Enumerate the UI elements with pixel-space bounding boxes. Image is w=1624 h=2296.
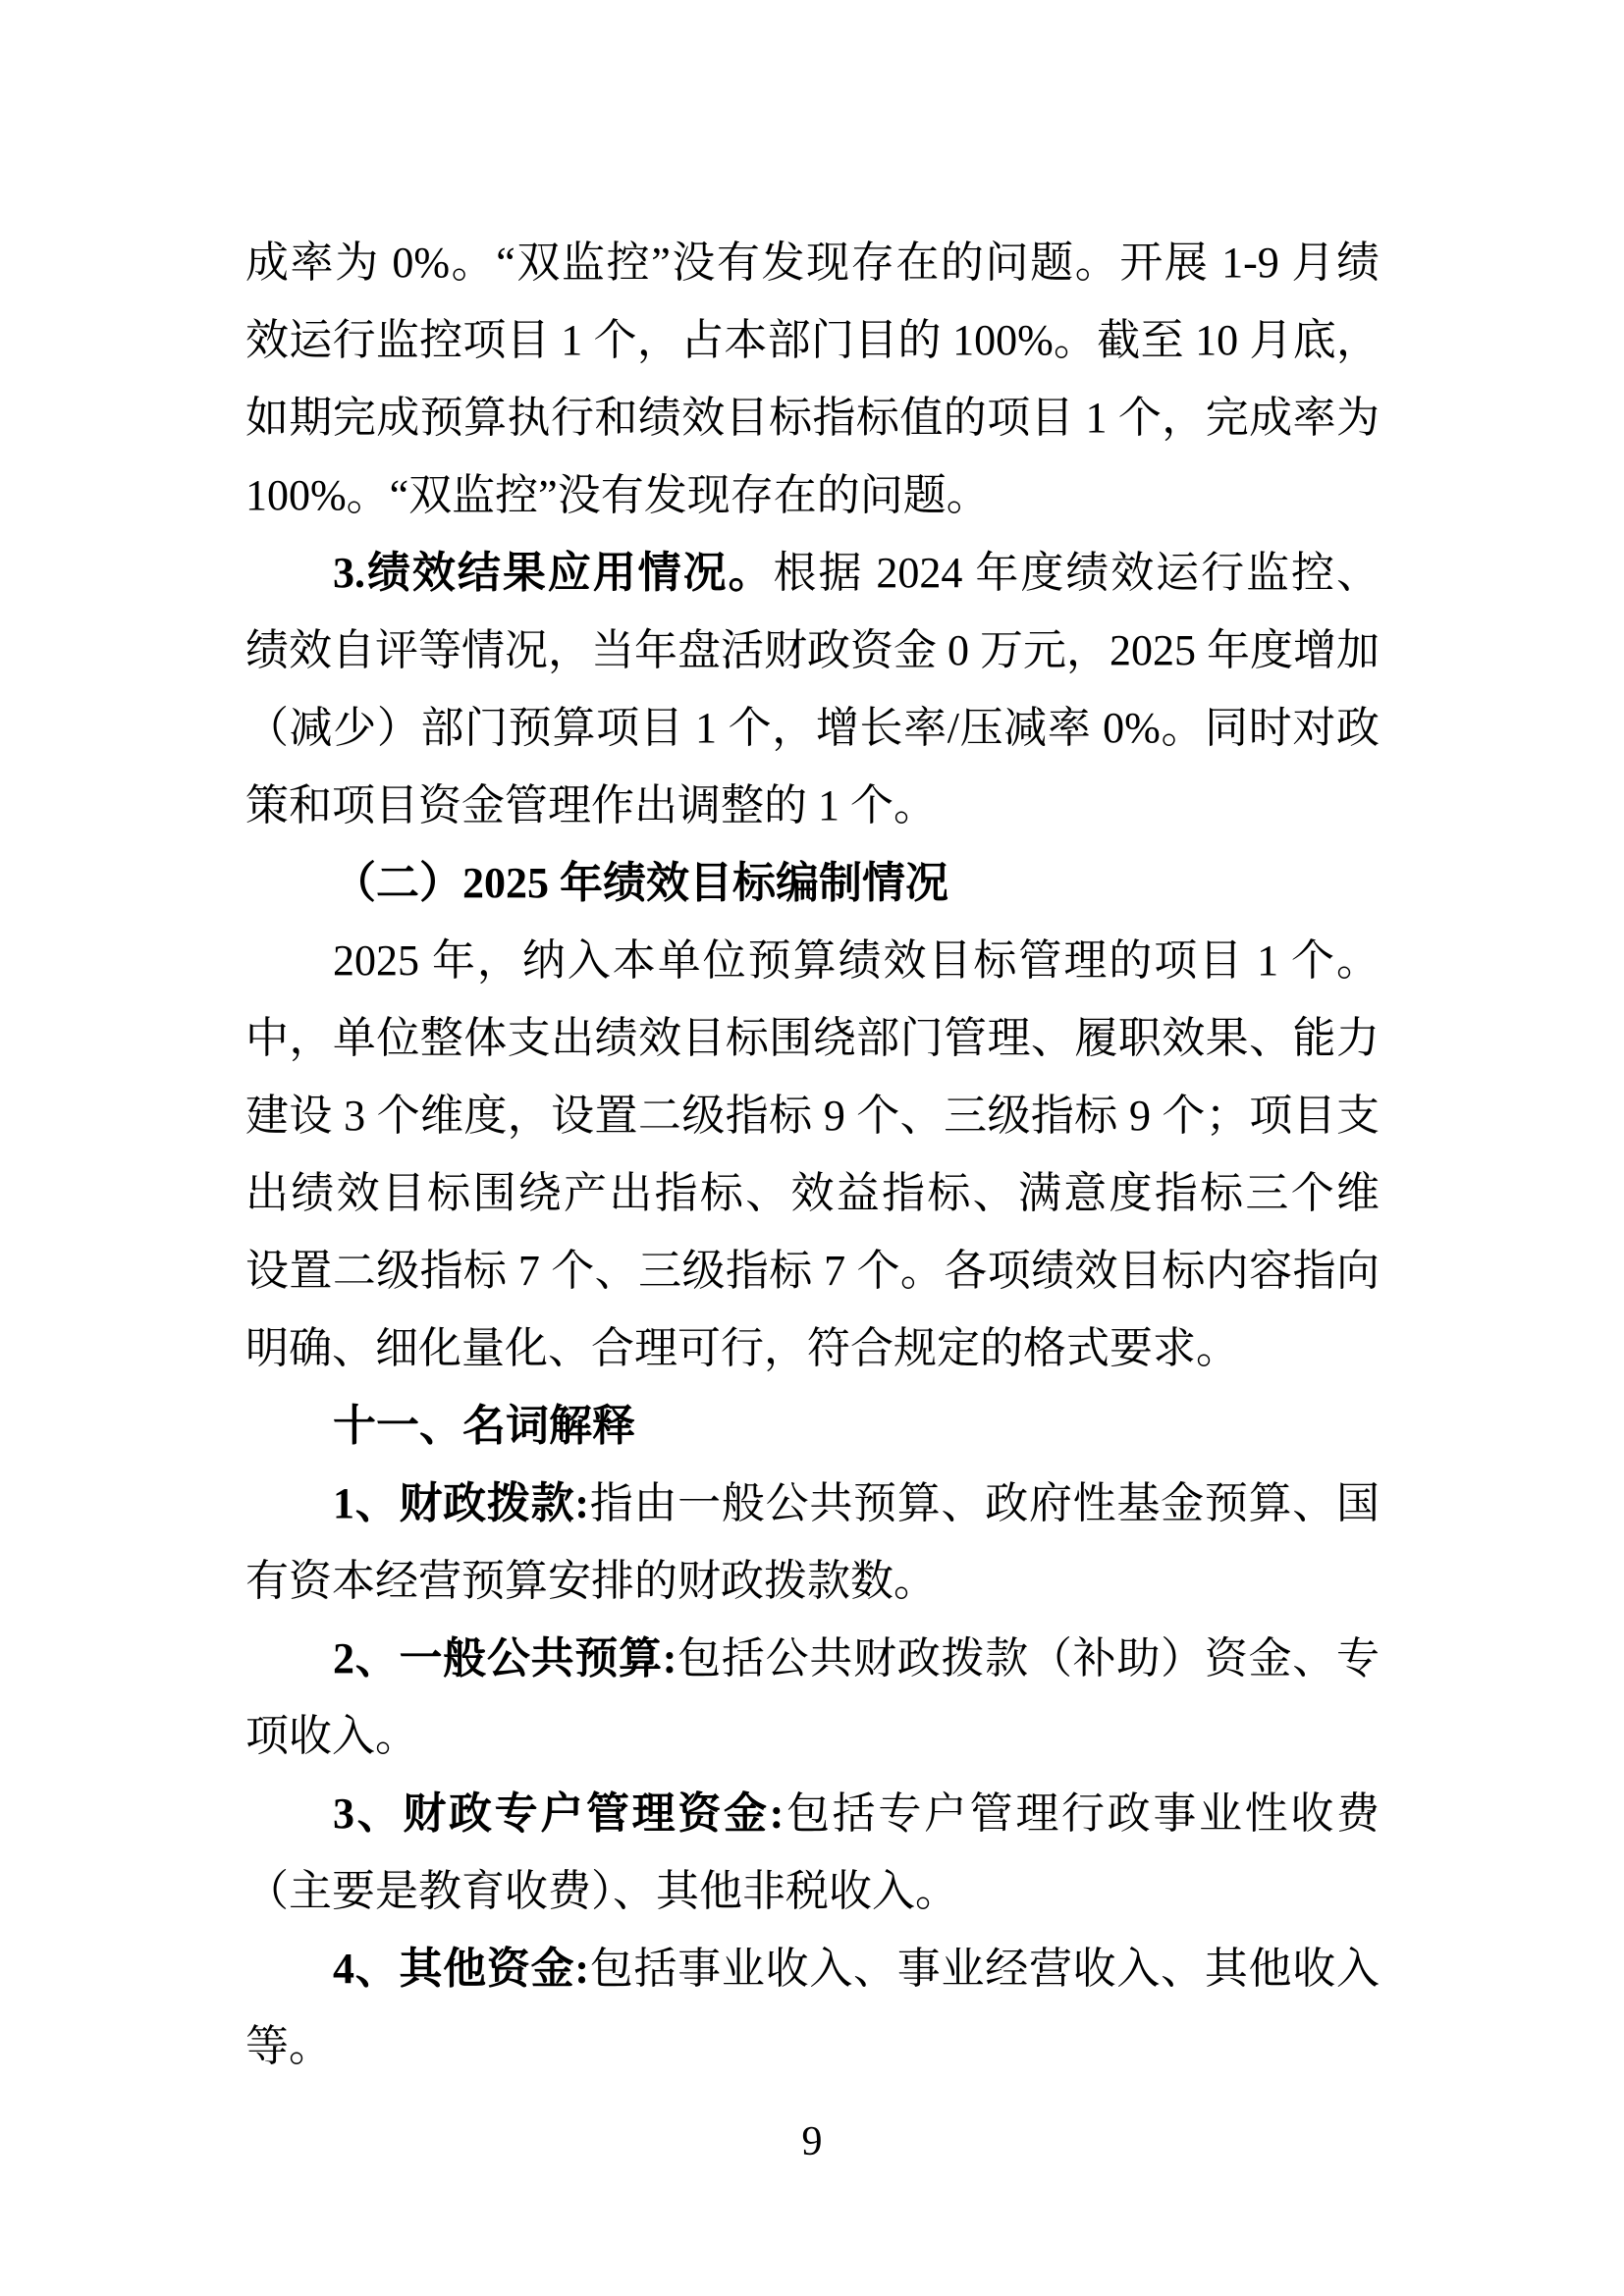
doc-line-03: 如期完成预算执行和绩效目标指标值的项目 1 个，完成率为 xyxy=(245,379,1380,456)
document-page: 成率为 0%。“双监控”没有发现存在的问题。开展 1-9 月绩 效运行监控项目 … xyxy=(0,0,1624,2296)
doc-line-02-text: 效运行监控项目 1 个，占本部门目的 100%。截至 10 月底， xyxy=(245,316,1380,364)
doc-line-12: 建设 3 个维度，设置二级指标 9 个、三级指标 9 个；项目支 xyxy=(245,1077,1380,1154)
doc-line-13-text: 出绩效目标围绕产出指标、效益指标、满意度指标三个维度， xyxy=(245,1169,1380,1232)
doc-line-06-text: 绩效自评等情况，当年盘活财政资金 0 万元，2025 年度增加 xyxy=(245,626,1380,674)
doc-line-07-text: （减少）部门预算项目 1 个，增长率/压减率 0%。同时对政 xyxy=(245,704,1380,752)
doc-line-21: 3、财政专户管理资金:包括专户管理行政事业性收费 xyxy=(245,1775,1380,1852)
doc-line-08-text: 策和项目资金管理作出调整的 1 个。 xyxy=(245,781,937,829)
page-number: 9 xyxy=(0,2104,1624,2181)
doc-line-20: 项收入。 xyxy=(245,1697,1380,1775)
doc-line-11: 中，单位整体支出绩效目标围绕部门管理、履职效果、能力 xyxy=(245,999,1380,1077)
doc-line-23-text: 包括事业收入、事业经营收入、其他收入 xyxy=(589,1945,1380,1993)
doc-line-17-bold: 1、财政拨款: xyxy=(333,1479,589,1527)
doc-line-04-text: 100%。“双监控”没有发现存在的问题。 xyxy=(245,471,990,519)
doc-line-02: 效运行监控项目 1 个，占本部门目的 100%。截至 10 月底， xyxy=(245,301,1380,379)
doc-line-24-text: 等。 xyxy=(245,2022,332,2070)
doc-line-15: 明确、细化量化、合理可行，符合规定的格式要求。 xyxy=(245,1309,1380,1387)
doc-line-15-text: 明确、细化量化、合理可行，符合规定的格式要求。 xyxy=(245,1324,1239,1372)
doc-line-24: 等。 xyxy=(245,2007,1380,2085)
doc-line-21-text: 包括专户管理行政事业性收费 xyxy=(784,1789,1380,1838)
doc-line-22: （主要是教育收费）、其他非税收入。 xyxy=(245,1852,1380,1930)
doc-line-01: 成率为 0%。“双监控”没有发现存在的问题。开展 1-9 月绩 xyxy=(245,224,1380,301)
doc-line-08: 策和项目资金管理作出调整的 1 个。 xyxy=(245,767,1380,844)
doc-line-14-text: 设置二级指标 7 个、三级指标 7 个。各项绩效目标内容指向 xyxy=(245,1247,1380,1295)
doc-line-12-text: 建设 3 个维度，设置二级指标 9 个、三级指标 9 个；项目支 xyxy=(245,1092,1380,1140)
doc-line-05-bold: 3.绩效结果应用情况。 xyxy=(333,549,774,597)
doc-line-18-text: 有资本经营预算安排的财政拨款数。 xyxy=(245,1557,937,1605)
doc-line-03-text: 如期完成预算执行和绩效目标指标值的项目 1 个，完成率为 xyxy=(245,394,1380,442)
doc-line-23-bold: 4、其他资金: xyxy=(333,1945,589,1993)
doc-heading-section-2: （二）2025 年绩效目标编制情况 xyxy=(245,844,1380,922)
doc-line-17: 1、财政拨款:指由一般公共预算、政府性基金预算、国 xyxy=(245,1465,1380,1542)
document-body: 成率为 0%。“双监控”没有发现存在的问题。开展 1-9 月绩 效运行监控项目 … xyxy=(245,224,1380,2085)
doc-line-23: 4、其他资金:包括事业收入、事业经营收入、其他收入 xyxy=(245,1930,1380,2007)
doc-line-10: 2025 年，纳入本单位预算绩效目标管理的项目 1 个。其 xyxy=(245,922,1380,999)
doc-line-19-text: 包括公共财政拨款（补助）资金、专 xyxy=(677,1634,1380,1682)
doc-line-05: 3.绩效结果应用情况。根据 2024 年度绩效运行监控、 xyxy=(245,534,1380,612)
doc-line-05-text: 根据 2024 年度绩效运行监控、 xyxy=(774,549,1380,597)
doc-line-19-bold: 2、一般公共预算: xyxy=(333,1634,677,1682)
doc-line-14: 设置二级指标 7 个、三级指标 7 个。各项绩效目标内容指向 xyxy=(245,1232,1380,1309)
doc-line-13: 出绩效目标围绕产出指标、效益指标、满意度指标三个维度， xyxy=(245,1154,1380,1232)
doc-line-20-text: 项收入。 xyxy=(245,1712,418,1760)
doc-line-06: 绩效自评等情况，当年盘活财政资金 0 万元，2025 年度增加 xyxy=(245,612,1380,689)
doc-line-21-bold: 3、财政专户管理资金: xyxy=(333,1789,784,1838)
doc-heading-section-11-bold: 十一、名词解释 xyxy=(333,1402,635,1450)
doc-line-19: 2、一般公共预算:包括公共财政拨款（补助）资金、专 xyxy=(245,1620,1380,1697)
doc-line-11-text: 中，单位整体支出绩效目标围绕部门管理、履职效果、能力 xyxy=(245,1014,1380,1062)
doc-line-22-text: （主要是教育收费）、其他非税收入。 xyxy=(245,1867,958,1915)
doc-line-04: 100%。“双监控”没有发现存在的问题。 xyxy=(245,456,1380,534)
doc-heading-section-2-bold: （二）2025 年绩效目标编制情况 xyxy=(333,859,948,907)
doc-line-18: 有资本经营预算安排的财政拨款数。 xyxy=(245,1542,1380,1620)
doc-line-07: （减少）部门预算项目 1 个，增长率/压减率 0%。同时对政 xyxy=(245,689,1380,767)
doc-line-17-text: 指由一般公共预算、政府性基金预算、国 xyxy=(589,1479,1380,1527)
doc-line-01-text: 成率为 0%。“双监控”没有发现存在的问题。开展 1-9 月绩 xyxy=(245,239,1380,287)
doc-line-10-text: 2025 年，纳入本单位预算绩效目标管理的项目 1 个。其 xyxy=(245,936,1380,999)
doc-heading-section-11: 十一、名词解释 xyxy=(245,1387,1380,1465)
